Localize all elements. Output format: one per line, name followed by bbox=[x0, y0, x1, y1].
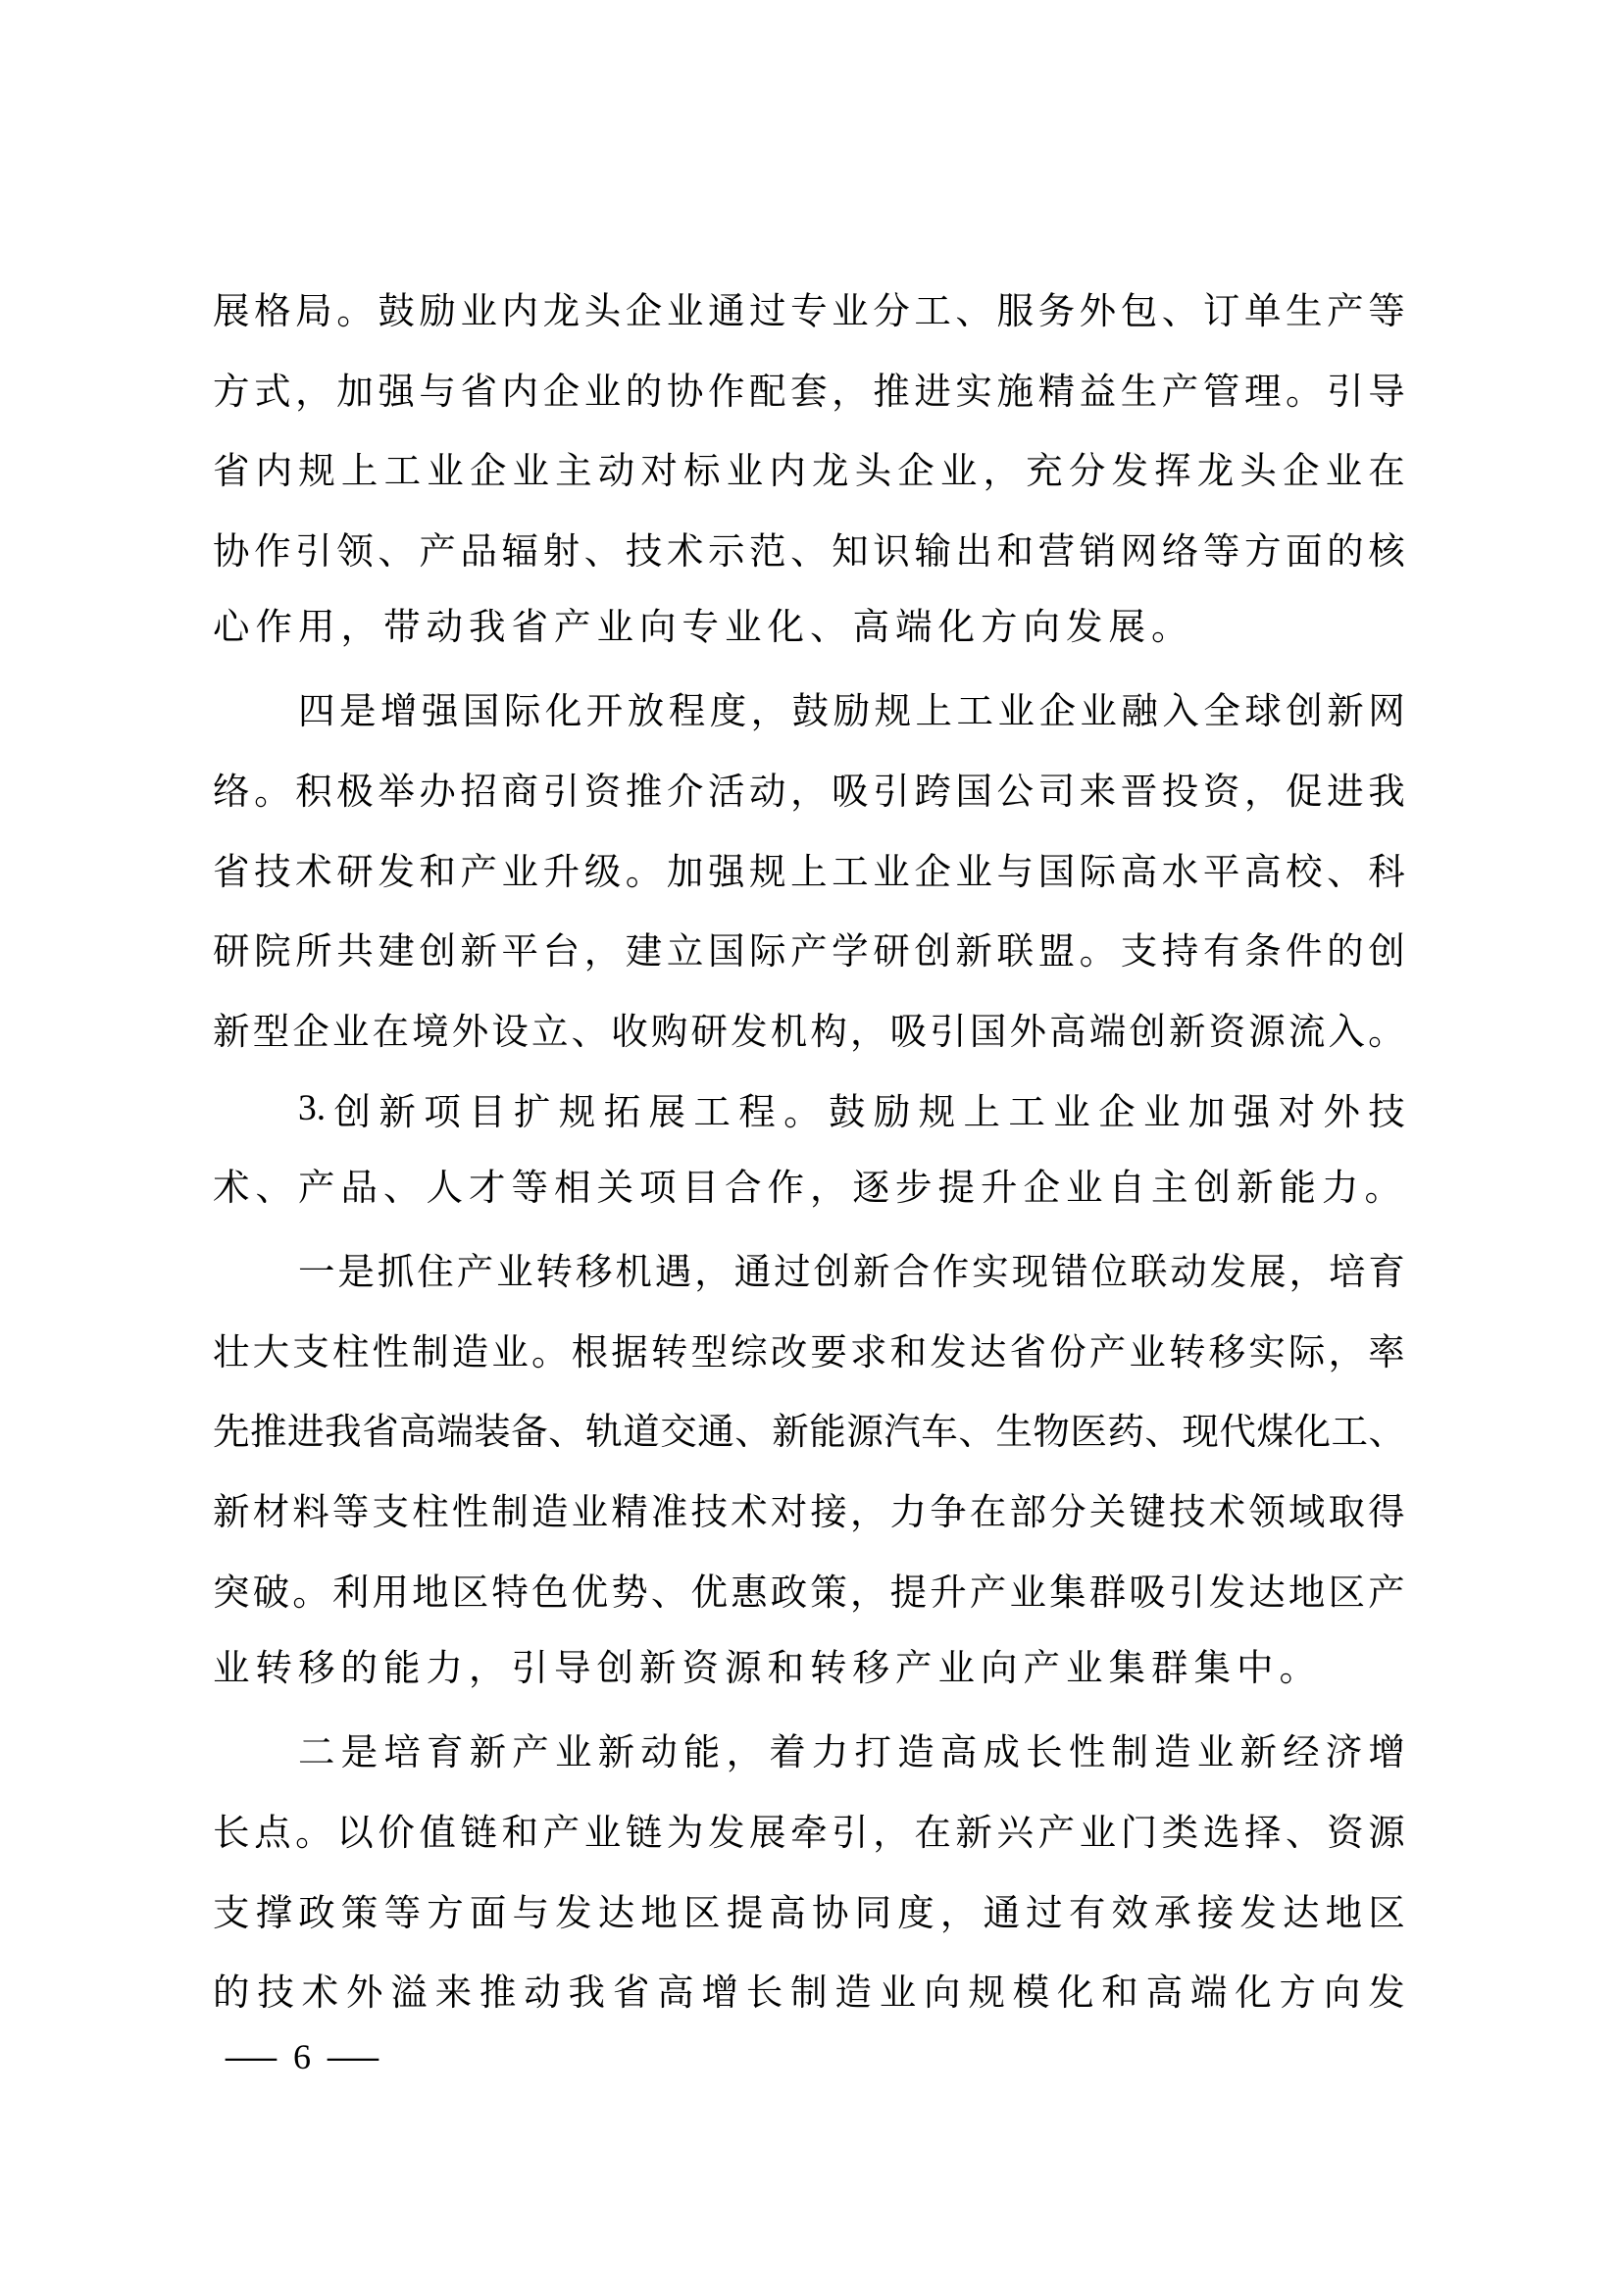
footer-dash-right: — bbox=[328, 2035, 379, 2078]
text-line: 四是增强国际化开放程度，鼓励规上工业企业融入全球创新网 bbox=[213, 668, 1405, 748]
text-line: 研院所共建创新平台，建立国际产学研创新联盟。支持有条件的创 bbox=[213, 909, 1405, 989]
text-line: 方式，加强与省内企业的协作配套，推进实施精益生产管理。引导 bbox=[213, 348, 1405, 428]
text-line: 二是培育新产业新动能，着力打造高成长性制造业新经济增 bbox=[213, 1709, 1405, 1789]
text-line: 新材料等支柱性制造业精准技术对接，力争在部分关键技术领域取得 bbox=[213, 1469, 1405, 1549]
page-number: 6 bbox=[291, 2039, 313, 2074]
text-line: 省技术研发和产业升级。加强规上工业企业与国际高水平高校、科 bbox=[213, 828, 1405, 909]
text-line: 业转移的能力，引导创新资源和转移产业向产业集群集中。 bbox=[213, 1629, 1405, 1710]
text-line: 先推进我省高端装备、轨道交通、新能源汽车、生物医药、现代煤化工、 bbox=[213, 1389, 1405, 1470]
footer-dash-left: — bbox=[226, 2035, 277, 2078]
text-line: 展格局。鼓励业内龙头企业通过专业分工、服务外包、订单生产等 bbox=[213, 268, 1405, 348]
text-line: 省内规上工业企业主动对标业内龙头企业，充分发挥龙头企业在 bbox=[213, 427, 1405, 508]
text-line: 壮大支柱性制造业。根据转型综改要求和发达省份产业转移实际，率 bbox=[213, 1309, 1405, 1389]
text-line: 突破。利用地区特色优势、优惠政策，提升产业集群吸引发达地区产 bbox=[213, 1549, 1405, 1629]
text-line: 3.创新项目扩规拓展工程。鼓励规上工业企业加强对外技 bbox=[213, 1069, 1405, 1149]
text-line: 长点。以价值链和产业链为发展牵引，在新兴产业门类选择、资源 bbox=[213, 1789, 1405, 1870]
text-line: 支撑政策等方面与发达地区提高协同度，通过有效承接发达地区 bbox=[213, 1870, 1405, 1950]
text-line: 络。积极举办招商引资推介活动，吸引跨国公司来晋投资，促进我 bbox=[213, 748, 1405, 828]
document-body: 展格局。鼓励业内龙头企业通过专业分工、服务外包、订单生产等方式，加强与省内企业的… bbox=[213, 268, 1405, 2029]
document-page: 展格局。鼓励业内龙头企业通过专业分工、服务外包、订单生产等方式，加强与省内企业的… bbox=[0, 0, 1616, 2296]
text-line: 心作用，带动我省产业向专业化、高端化方向发展。 bbox=[213, 588, 1405, 669]
text-line: 的技术外溢来推动我省高增长制造业向规模化和高端化方向发 bbox=[213, 1949, 1405, 2029]
text-line: 术、产品、人才等相关项目合作，逐步提升企业自主创新能力。 bbox=[213, 1149, 1405, 1229]
text-line: 新型企业在境外设立、收购研发机构，吸引国外高端创新资源流入。 bbox=[213, 988, 1405, 1069]
text-line: 协作引领、产品辐射、技术示范、知识输出和营销网络等方面的核 bbox=[213, 508, 1405, 588]
page-footer: — 6 — bbox=[226, 2031, 379, 2082]
text-line: 一是抓住产业转移机遇，通过创新合作实现错位联动发展，培育 bbox=[213, 1228, 1405, 1309]
